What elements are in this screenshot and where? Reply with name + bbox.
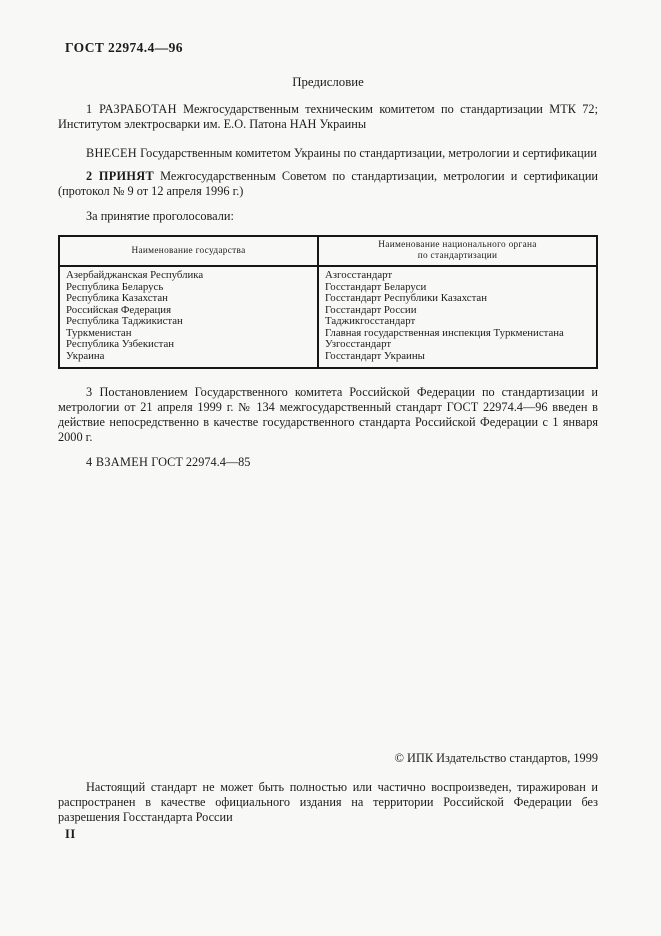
country-cell: Республика Казахстан	[60, 293, 317, 305]
standards-body-cell: Узгосстандарт	[317, 339, 596, 351]
standards-body-cell: Таджикгосстандарт	[317, 316, 596, 328]
clause-submitted-text: Государственным комитетом Украины по ста…	[140, 146, 597, 160]
table-row: Республика Таджикистан Таджикгосстандарт	[60, 316, 596, 328]
vote-intro: За принятие проголосовали:	[58, 209, 598, 224]
vote-table-col2-header-line2: по стандартизации	[418, 251, 498, 262]
country-cell: Туркменистан	[60, 328, 317, 340]
clause-developed-label: 1 РАЗРАБОТАН	[86, 102, 177, 116]
table-row: Российская Федерация Госстандарт России	[60, 305, 596, 317]
vote-table-body: Азербайджанская Республика Азгосстандарт…	[60, 267, 596, 367]
country-cell: Азербайджанская Республика	[60, 270, 317, 282]
reproduction-restriction: Настоящий стандарт не может быть полност…	[58, 780, 598, 825]
clause-replaces: 4 ВЗАМЕН ГОСТ 22974.4—85	[58, 455, 598, 470]
country-cell: Российская Федерация	[60, 305, 317, 317]
clause-adopted: 2 ПРИНЯТ Межгосударственным Советом по с…	[58, 169, 598, 199]
country-cell: Украина	[60, 351, 317, 363]
standards-body-cell: Госстандарт Республики Казахстан	[317, 293, 596, 305]
table-row: Украина Госстандарт Украины	[60, 351, 596, 363]
vote-table-column-divider	[317, 237, 319, 367]
document-page: ГОСТ 22974.4—96 Предисловие 1 РАЗРАБОТАН…	[0, 0, 661, 936]
clause-adopted-label: 2 ПРИНЯТ	[86, 169, 154, 183]
copyright-line: © ИПК Издательство стандартов, 1999	[58, 751, 598, 766]
vote-table-col2-header: Наименование национального органа по ста…	[319, 237, 596, 265]
clause-replaces-text: ГОСТ 22974.4—85	[151, 455, 250, 469]
table-row: Туркменистан Главная государственная инс…	[60, 328, 596, 340]
standards-body-cell: Госстандарт России	[317, 305, 596, 317]
vote-table-col2-header-line1: Наименование национального органа	[378, 240, 536, 251]
doc-code: ГОСТ 22974.4—96	[58, 40, 598, 56]
vote-table-header-row: Наименование государства Наименование на…	[60, 237, 596, 267]
clause-submitted-label: ВНЕСЕН	[86, 146, 137, 160]
page-number: II	[58, 827, 598, 842]
table-row: Республика Казахстан Госстандарт Республ…	[60, 293, 596, 305]
table-row: Республика Беларусь Госстандарт Беларуси	[60, 282, 596, 294]
vote-table: Наименование государства Наименование на…	[58, 235, 598, 369]
clause-developed: 1 РАЗРАБОТАН Межгосударственным техничес…	[58, 102, 598, 132]
vote-table-col1-header: Наименование государства	[60, 237, 317, 265]
standards-body-cell: Госстандарт Беларуси	[317, 282, 596, 294]
country-cell: Республика Узбекистан	[60, 339, 317, 351]
clause-enacted-label: 3	[86, 385, 92, 399]
page-title: Предисловие	[58, 74, 598, 90]
clause-submitted: ВНЕСЕН Государственным комитетом Украины…	[58, 146, 598, 161]
country-cell: Республика Таджикистан	[60, 316, 317, 328]
standards-body-cell: Главная государственная инспекция Туркме…	[317, 328, 596, 340]
standards-body-cell: Азгосстандарт	[317, 270, 596, 282]
clause-enacted-text: Постановлением Государственного комитета…	[58, 385, 598, 444]
clause-replaces-label: 4 ВЗАМЕН	[86, 455, 148, 469]
country-cell: Республика Беларусь	[60, 282, 317, 294]
clause-enacted: 3 Постановлением Государственного комите…	[58, 385, 598, 445]
table-row: Азербайджанская Республика Азгосстандарт	[60, 270, 596, 282]
table-row: Республика Узбекистан Узгосстандарт	[60, 339, 596, 351]
standards-body-cell: Госстандарт Украины	[317, 351, 596, 363]
